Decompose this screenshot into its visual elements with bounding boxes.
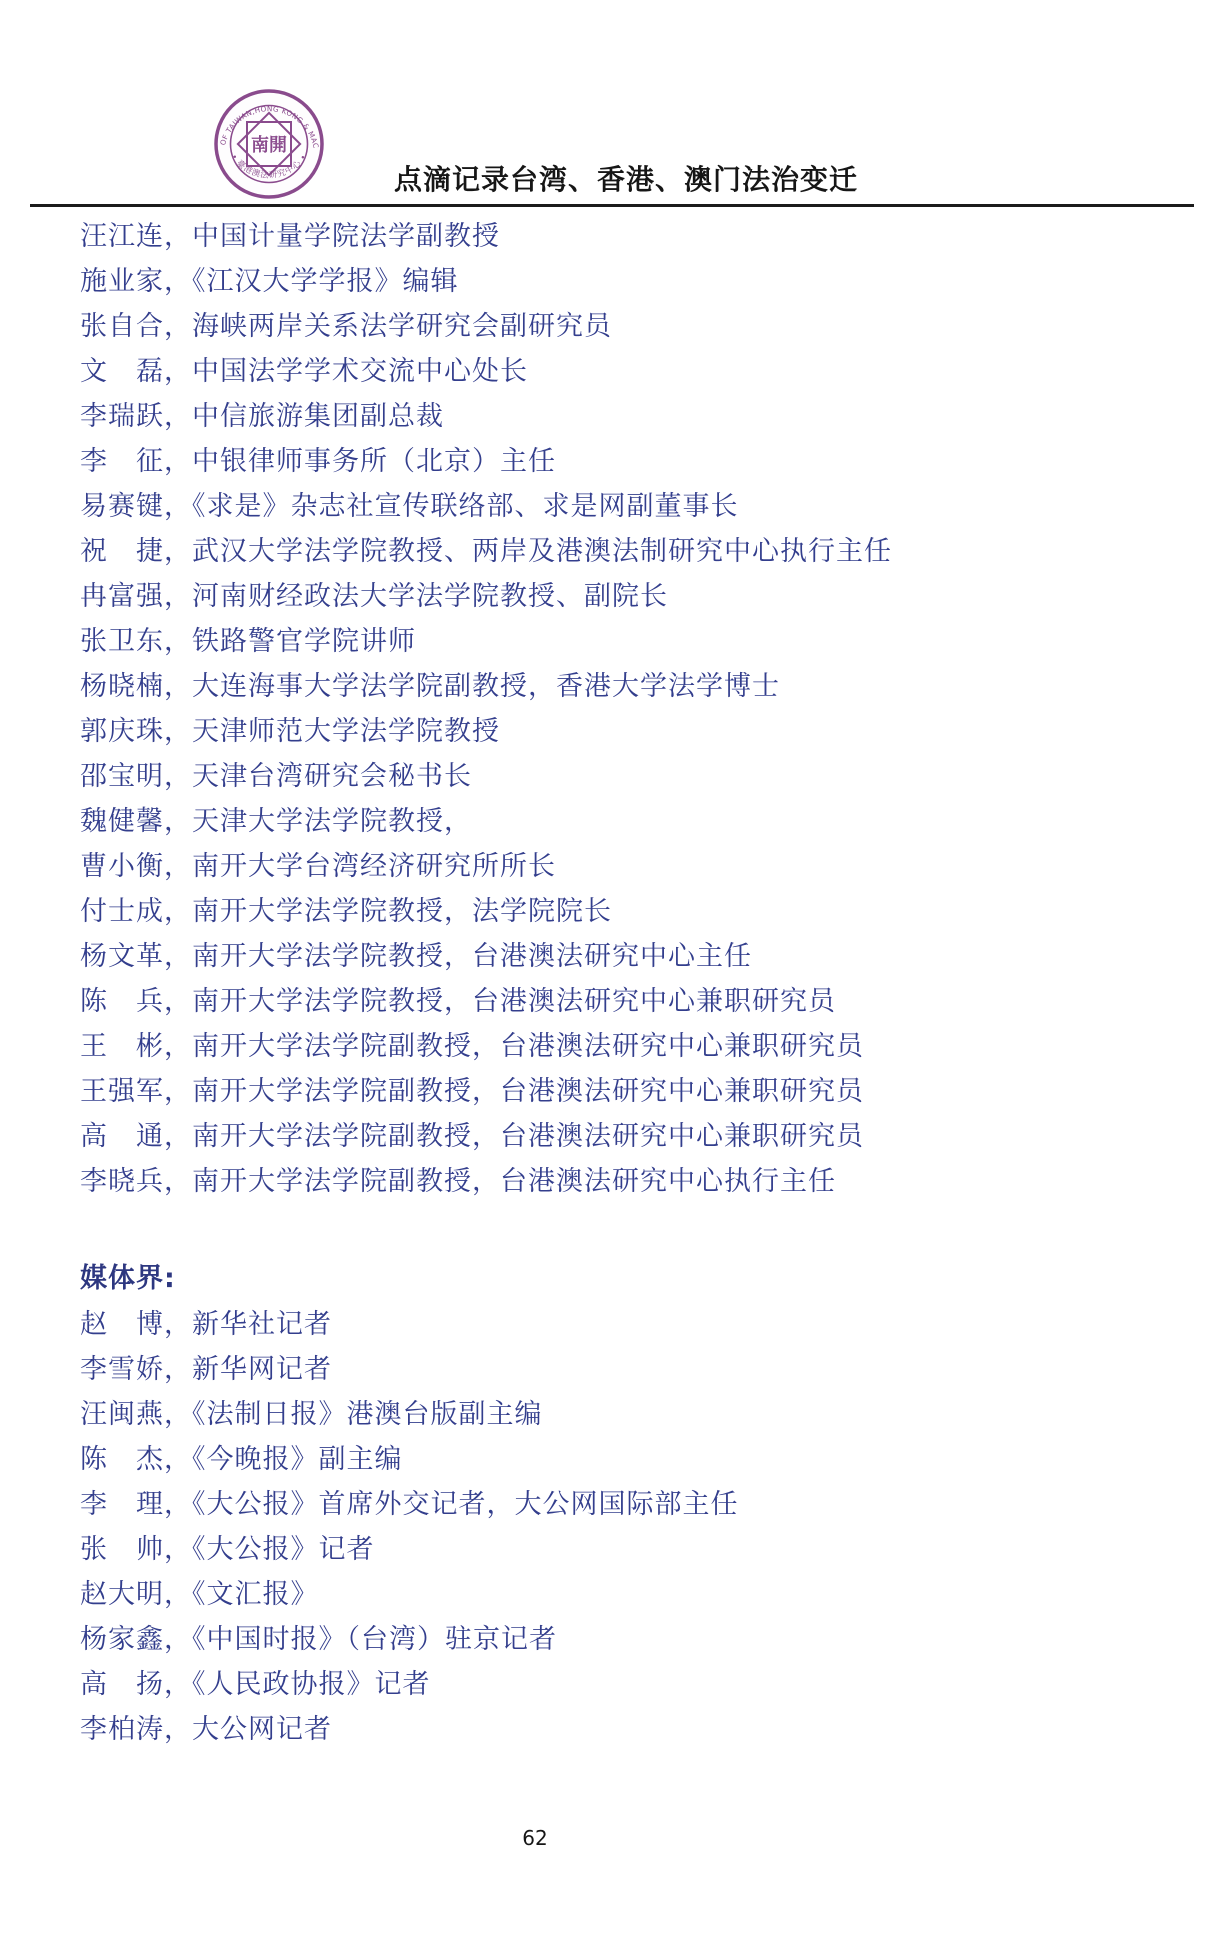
media-entry: 赵 博，新华社记者 xyxy=(80,1302,739,1347)
attendee-entry: 施业家，《江汉大学学报》编辑 xyxy=(80,259,892,304)
media-section: 媒体界: 赵 博，新华社记者李雪娇，新华网记者汪闽燕，《法制日报》港澳台版副主编… xyxy=(80,1256,739,1752)
attendee-entry: 文 磊，中国法学学术交流中心处长 xyxy=(80,349,892,394)
attendee-entry: 冉富强，河南财经政法大学法学院教授、副院长 xyxy=(80,574,892,619)
attendee-entry: 王强军，南开大学法学院副教授，台港澳法研究中心兼职研究员 xyxy=(80,1069,892,1114)
media-section-heading: 媒体界: xyxy=(80,1256,739,1302)
media-entry: 张 帅，《大公报》记者 xyxy=(80,1527,739,1572)
media-entry: 高 扬，《人民政协报》记者 xyxy=(80,1662,739,1707)
seal-center-text: 南開 xyxy=(251,134,287,156)
page-number: 62 xyxy=(0,1826,1070,1850)
attendee-entry: 李晓兵，南开大学法学院副教授，台港澳法研究中心执行主任 xyxy=(80,1159,892,1204)
media-entry: 杨家鑫，《中国时报》（台湾）驻京记者 xyxy=(80,1617,739,1662)
media-entry: 赵大明，《文汇报》 xyxy=(80,1572,739,1617)
attendee-entry: 邵宝明，天津台湾研究会秘书长 xyxy=(80,754,892,799)
attendee-list: 汪江连，中国计量学院法学副教授施业家，《江汉大学学报》编辑张自合，海峡两岸关系法… xyxy=(80,214,892,1204)
institute-seal-logo: CENTER OF TAIWAN,HONG KONG & MACAU LAW •… xyxy=(213,88,325,200)
attendee-entry: 祝 捷，武汉大学法学院教授、两岸及港澳法制研究中心执行主任 xyxy=(80,529,892,574)
media-entry: 汪闽燕，《法制日报》港澳台版副主编 xyxy=(80,1392,739,1437)
attendee-entry: 杨晓楠，大连海事大学法学院副教授，香港大学法学博士 xyxy=(80,664,892,709)
attendee-entry: 易赛键，《求是》杂志社宣传联络部、求是网副董事长 xyxy=(80,484,892,529)
page-header-title: 点滴记录台湾、香港、澳门法治变迁 xyxy=(394,158,858,198)
document-page: CENTER OF TAIWAN,HONG KONG & MACAU LAW •… xyxy=(0,0,1222,1955)
header-divider xyxy=(30,204,1194,207)
media-entry: 陈 杰，《今晚报》副主编 xyxy=(80,1437,739,1482)
media-list: 赵 博，新华社记者李雪娇，新华网记者汪闽燕，《法制日报》港澳台版副主编陈 杰，《… xyxy=(80,1302,739,1752)
attendee-entry: 付士成，南开大学法学院教授，法学院院长 xyxy=(80,889,892,934)
attendee-entry: 李 征，中银律师事务所（北京）主任 xyxy=(80,439,892,484)
attendee-entry: 高 通，南开大学法学院副教授，台港澳法研究中心兼职研究员 xyxy=(80,1114,892,1159)
attendee-entry: 陈 兵，南开大学法学院教授，台港澳法研究中心兼职研究员 xyxy=(80,979,892,1024)
seal-icon: CENTER OF TAIWAN,HONG KONG & MACAU LAW •… xyxy=(213,88,325,200)
attendee-entry: 郭庆珠，天津师范大学法学院教授 xyxy=(80,709,892,754)
attendee-entry: 张自合，海峡两岸关系法学研究会副研究员 xyxy=(80,304,892,349)
media-entry: 李柏涛，大公网记者 xyxy=(80,1707,739,1752)
media-entry: 李雪娇，新华网记者 xyxy=(80,1347,739,1392)
attendee-entry: 张卫东，铁路警官学院讲师 xyxy=(80,619,892,664)
media-entry: 李 理，《大公报》首席外交记者，大公网国际部主任 xyxy=(80,1482,739,1527)
attendee-entry: 曹小衡，南开大学台湾经济研究所所长 xyxy=(80,844,892,889)
attendee-entry: 王 彬，南开大学法学院副教授，台港澳法研究中心兼职研究员 xyxy=(80,1024,892,1069)
attendee-entry: 杨文革，南开大学法学院教授，台港澳法研究中心主任 xyxy=(80,934,892,979)
attendee-entry: 魏健馨，天津大学法学院教授， xyxy=(80,799,892,844)
attendee-entry: 汪江连，中国计量学院法学副教授 xyxy=(80,214,892,259)
attendee-entry: 李瑞跃，中信旅游集团副总裁 xyxy=(80,394,892,439)
